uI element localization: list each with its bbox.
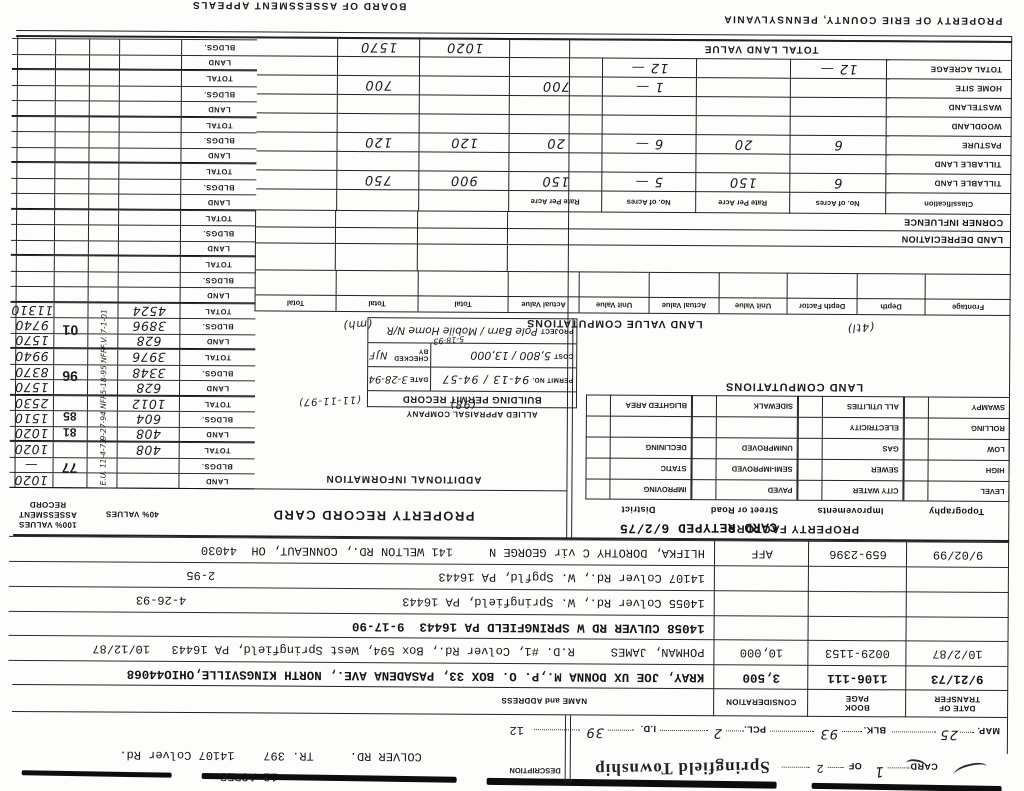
assessment-year-1977: 77 — [52, 458, 86, 478]
assessment-row: BLDGS. — [11, 178, 256, 195]
total-value-1: 900 — [418, 170, 508, 190]
rule — [256, 242, 1011, 248]
assessment-40pct-value: 408 — [117, 428, 179, 442]
classification-name: PASTURE — [885, 135, 1011, 155]
factor-checkbox — [904, 417, 928, 438]
corner-influence-label: CORNER INFLUENCE — [904, 217, 1003, 228]
transfer-book-header-line1: BOOK — [844, 703, 869, 712]
factor-checkbox — [797, 459, 821, 480]
assessment-notes-cell — [88, 288, 118, 302]
total-value-3 — [256, 169, 336, 188]
rule — [417, 211, 418, 270]
acreage-note: 12 ACRES — [220, 769, 278, 783]
assessment-40pct-value — [119, 71, 181, 86]
transfer-name-address: KRAY, JOE UX DONNA M.,P. O. BOX 33, PASA… — [8, 666, 714, 684]
acres-col-header: No. of Acres — [789, 192, 885, 215]
assessment-year-cell — [53, 303, 87, 318]
assessment-100pct-value — [11, 256, 54, 271]
values-40-header: 40% VALUES — [86, 502, 178, 527]
dotted-leader — [770, 731, 814, 741]
factor-label — [610, 416, 692, 438]
checked-by-label: CHECKED BY — [389, 348, 428, 362]
pcl-label: PCL. — [744, 724, 766, 734]
assessment-notes-cell — [88, 148, 118, 162]
assessment-row: TOTAL — [11, 162, 256, 179]
total-value-3 — [257, 55, 337, 74]
assessment-year-1985: 85 — [53, 409, 87, 423]
assessment-year-cell — [54, 257, 88, 272]
assessment-row: LAND — [12, 100, 257, 117]
building-permit-box: BUILDING PERMIT RECORD PERMIT NO. 94-13 … — [367, 317, 578, 408]
assessment-notes-cell — [89, 71, 119, 86]
permit-note-date: (11-11-97) — [298, 393, 362, 407]
assessment-100pct-value: 2530 — [10, 396, 53, 411]
assessment-notes-cell — [88, 179, 118, 194]
assessment-row-label: BLDGS. — [180, 180, 256, 195]
factor-item — [690, 416, 798, 438]
transfer-name-address: HLIFKA, DOROTHY C vir GEORGE N 141 WELTO… — [9, 542, 715, 560]
factor-label: LEVEL — [927, 481, 1009, 503]
assessment-100pct-value — [12, 70, 55, 85]
footer-board: BOARD OF ASSESSMENT APPEALS — [192, 0, 407, 11]
assessment-year-cell — [55, 40, 89, 55]
assessment-notes-cell — [89, 40, 119, 55]
factor-item: ALL UTILITIES — [796, 396, 904, 418]
rule — [256, 226, 1011, 232]
factor-label — [716, 416, 798, 438]
scanned-card-viewport: CARD 1 OF 2 Springfield Township DESCRIP… — [0, 0, 1024, 791]
acres-value-1 — [790, 97, 886, 117]
assessment-100pct-value: 8370 — [10, 365, 53, 380]
classification-name: HOME SITE — [886, 78, 1012, 98]
permit-date-value: 3-28-94 — [369, 373, 408, 384]
assessment-40pct-value: 628 — [117, 381, 179, 395]
rate-value-1 — [696, 115, 790, 135]
classification-name: TILLABLE LAND — [885, 173, 1011, 193]
factor-label: SEWER — [821, 459, 903, 481]
dotted-leader — [726, 730, 744, 740]
assessment-40pct-value: 1012 — [117, 397, 179, 412]
rule — [335, 211, 336, 270]
factor-item — [584, 415, 692, 437]
factor-label: UNIMPROVED — [716, 437, 798, 459]
assessment-40pct-value — [118, 211, 180, 226]
assessment-row-label: TOTAL — [180, 257, 256, 272]
factor-label: SIDEWALK — [716, 395, 798, 417]
assessment-notes-cell — [89, 55, 119, 69]
assessment-100pct-value: 1020 — [9, 473, 52, 487]
assessment-40pct-value — [119, 133, 181, 148]
acres-value-1: 6 — [789, 135, 885, 155]
assessment-100pct-value — [11, 194, 54, 208]
factor-label: CITY WATER — [821, 480, 903, 502]
classification-header-row: Classification No. of Acres Rate Per Acr… — [256, 188, 1011, 215]
factor-item: GAS — [796, 438, 904, 460]
assessment-notes-cell — [89, 117, 119, 132]
dotted-leader — [534, 729, 580, 739]
transfer-consideration — [715, 603, 809, 604]
assessment-note-4: F.V. 7-1-01 — [99, 304, 108, 348]
total-value-1 — [419, 75, 509, 95]
map-label: MAP. — [977, 726, 1000, 736]
factor-checkbox — [903, 480, 927, 501]
permit-date-label: DATE — [410, 375, 428, 382]
assessment-row-label: BLDGS. — [180, 226, 256, 241]
assessment-row: BLDGS. — [12, 85, 257, 102]
assessment-40pct-value — [118, 288, 180, 302]
assessment-row-label: LAND — [181, 56, 257, 70]
total-value-2: 750 — [336, 170, 418, 190]
assessment-year-cell — [53, 350, 87, 365]
dotted-leader — [660, 730, 708, 740]
values-100-line1: 100% VALUES — [19, 519, 77, 529]
lvc-depth-header: Depth — [857, 298, 925, 314]
assessment-row-label: BLDGS. — [179, 366, 255, 381]
assessment-row-label: BLDGS. — [179, 319, 255, 334]
assessment-100pct-value: 9940 — [10, 349, 53, 364]
factors-topography-group: LEVELHIGHLOWROLLINGSWAMPY — [901, 396, 1010, 502]
factors-improvements-header: Improvements — [797, 503, 903, 520]
total-value-2 — [336, 151, 418, 171]
assessment-notes-cell — [88, 272, 118, 287]
map-value: 25 — [939, 727, 958, 742]
transfer-name-address: POHMAN, JAMES R.D. #1, Colver Rd., Box 5… — [8, 641, 714, 659]
assessment-40pct-value — [118, 226, 180, 241]
factor-item: IMPROVING — [583, 478, 691, 500]
assessment-row-label: TOTAL — [179, 443, 255, 458]
factor-checkbox — [692, 395, 716, 416]
factor-item: LEVEL — [901, 480, 1009, 502]
transfer-name-address: 14107 Colver Rd., W. Spgfld, PA 16443 2-… — [9, 567, 715, 585]
factor-label: IMPROVING — [609, 479, 691, 501]
assessment-40pct-value — [119, 40, 181, 55]
rate-value-2: 700 — [509, 76, 602, 96]
assessment-note-1: E.U. 11-4-73 — [98, 441, 107, 485]
factor-checkbox — [692, 437, 716, 458]
assessment-year-cell — [54, 288, 88, 302]
factor-item: UNIMPROVED — [690, 437, 798, 459]
factor-checkbox — [691, 458, 715, 479]
assessment-notes-cell — [88, 226, 118, 241]
assessment-100pct-value: 11310 — [10, 303, 53, 318]
assessment-year-cell — [55, 133, 89, 148]
township-stamp: Springfield Township — [594, 757, 770, 780]
assessment-row: LAND — [11, 193, 256, 210]
assessment-100pct-value: — — [10, 458, 53, 473]
transfer-consideration-header: CONSIDERATION — [714, 691, 808, 714]
factor-item: PAVED — [689, 479, 797, 501]
assessment-row-label: BLDGS. — [179, 412, 255, 427]
classification-name: TILLABLE LAND — [885, 154, 1011, 174]
property-record-card-title: PROPERTY RECORD CARD — [193, 503, 553, 529]
lvc-total-header: Total — [336, 295, 418, 312]
assessment-year-1996: 96 — [53, 366, 87, 386]
id-label: I.D. — [640, 724, 656, 734]
factor-checkbox — [797, 480, 821, 501]
assessment-row: TOTAL 4524 11310 — [10, 302, 255, 319]
assessment-row-label: TOTAL — [181, 71, 257, 86]
lvc-empty-row — [256, 269, 1011, 299]
assessment-notes-cell — [89, 102, 119, 116]
assessment-40pct-value — [119, 102, 181, 116]
factor-checkbox — [798, 396, 822, 417]
factor-label: STATIC — [609, 458, 691, 480]
assessment-40pct-value — [118, 149, 180, 163]
assessment-year-cell — [54, 210, 88, 225]
classification-name: WOODLAND — [886, 116, 1012, 136]
factor-item: LOW — [902, 438, 1010, 460]
acres-value-1: 12 — — [790, 59, 886, 79]
factor-item: SEWER — [795, 459, 903, 481]
assessment-row: BLDGS. — [12, 38, 257, 55]
total-land-value-1: 1020 — [419, 37, 509, 57]
factor-checkbox — [798, 438, 822, 459]
factor-item: CITY WATER — [795, 480, 903, 502]
scan-streak — [22, 770, 172, 777]
assessment-40pct-value — [119, 87, 181, 102]
assessment-40pct-value: 628 — [117, 335, 179, 349]
factor-label: ALL UTILITIES — [822, 396, 904, 418]
assessment-40pct-value: 3896 — [117, 319, 179, 334]
dotted-leader — [828, 767, 844, 777]
rate-value-2 — [509, 114, 602, 134]
assessment-40pct-value — [118, 195, 180, 209]
rate-value-2 — [509, 95, 602, 115]
factor-item: BLIGHTED AREA — [584, 394, 692, 416]
factor-item: HIGH — [901, 459, 1009, 481]
classification-table-body: TILLABLE LAND 6 150 5 — 150 900 750 TILL… — [256, 55, 1012, 193]
transfer-name-address: 14058 CULVER RD W SPRINGFIELD PA 16443 9… — [9, 616, 715, 634]
rate-value-1 — [696, 96, 790, 116]
card-of-label: OF — [848, 761, 861, 771]
assessment-row: LAND 628 1570 — [10, 333, 255, 350]
total-land-value-2: 1570 — [337, 37, 419, 57]
additional-information-title: ADDITIONAL INFORMATION — [253, 471, 553, 487]
card-total-value: 2 — [816, 761, 823, 775]
assessment-row-label: TOTAL — [179, 397, 255, 412]
assessment-100pct-value: 1570 — [10, 380, 53, 394]
acres-value-2 — [602, 115, 696, 135]
assessment-100pct-value — [11, 225, 54, 240]
factors-topography-header: Topography — [903, 503, 1009, 520]
description-label: DESCRIPTION — [509, 766, 561, 775]
transfer-date: 9/21/73 — [906, 672, 1008, 687]
transfer-date — [907, 629, 1009, 630]
assessment-notes-cell — [89, 133, 119, 148]
assessment-row: BLDGS. 3896 9740 — [10, 317, 255, 334]
card-retyped-stamp-text: CARD RETYPED 6/2/75 — [619, 520, 777, 536]
permit-no-value: 94-13 / 94-57 — [441, 373, 529, 387]
factor-item: STATIC — [583, 457, 691, 479]
assessment-row-label: TOTAL — [180, 164, 256, 179]
transfer-date — [907, 604, 1009, 605]
factor-checkbox — [691, 479, 715, 500]
assessment-row-label: TOTAL — [180, 211, 256, 226]
factor-checkbox — [585, 478, 609, 499]
divider — [570, 715, 571, 783]
assessment-year-2001: 01 — [53, 320, 87, 340]
total-value-3 — [257, 93, 337, 112]
id-value: 39 — [585, 724, 604, 739]
assessment-40pct-value — [118, 242, 180, 256]
assessment-row: BLDGS. 604 1510 — [10, 410, 255, 427]
values-100-line2: ASSESSMENT RECORD — [9, 499, 86, 519]
transfer-book-page — [809, 628, 907, 629]
assessment-row: BLDGS. 3348 8370 — [10, 364, 255, 381]
assessment-40pct-value — [116, 474, 178, 488]
factor-label: HIGH — [927, 460, 1009, 482]
total-value-2 — [337, 56, 419, 76]
assessment-100pct-value — [12, 132, 55, 147]
factor-checkbox — [585, 457, 609, 478]
transfer-book-header: BOOK PAGE — [808, 692, 906, 715]
assessment-row-label: LAND — [180, 288, 256, 302]
total-value-1 — [419, 56, 509, 76]
assessment-row: LAND — [11, 240, 256, 257]
assessment-row: BLDGS. — [11, 271, 256, 288]
assessment-notes-cell — [89, 86, 119, 101]
lvc-actual-value-header: Actual Value — [649, 297, 719, 313]
transfer-book-header-line2: PAGE — [845, 694, 868, 703]
lvc-total-header: Total — [418, 295, 508, 312]
assessment-row-label: LAND — [180, 195, 256, 209]
assessment-100pct-value — [11, 287, 54, 301]
assessment-year-cell — [54, 164, 88, 179]
total-value-2: 120 — [336, 132, 418, 152]
factor-checkbox — [586, 394, 610, 415]
total-value-3 — [257, 74, 337, 93]
rate-value-1 — [696, 77, 790, 97]
assessment-year-cell — [55, 71, 89, 86]
assessment-note-3: 5-18-95 NFR — [99, 350, 108, 394]
factors-district-header: District — [585, 501, 691, 518]
lvc-note-a: (4tl) — [846, 320, 875, 335]
acres-value-2: 12 — — [602, 58, 696, 78]
factors-district-group: IMPROVINGSTATICDECLININGBLIGHTED AREA — [583, 394, 692, 500]
assessment-year-cell — [54, 195, 88, 209]
assessment-row: TOTAL 1012 2530 — [10, 395, 255, 412]
lvc-unit-value-header: Unit Value — [579, 296, 649, 312]
assessment-year-cell — [54, 179, 88, 194]
classification-col-header: Classification — [885, 192, 1011, 215]
assessment-40pct-value: 3348 — [117, 366, 179, 381]
factor-label: BLIGHTED AREA — [610, 395, 692, 417]
divider — [565, 715, 566, 783]
assessment-40pct-value — [118, 180, 180, 195]
pen-mark — [953, 760, 989, 782]
pcl-value: 2 — [713, 725, 722, 740]
assessment-row: BLDGS. — [11, 224, 256, 241]
factor-item: ROLLING — [902, 417, 1010, 439]
factors-street-header: Street or Road — [691, 502, 797, 519]
assessment-row-label: LAND — [181, 102, 257, 116]
acres-value: 12 — [510, 723, 524, 737]
dotted-leader — [888, 767, 910, 777]
total-value-2 — [337, 94, 419, 114]
total-value-3 — [257, 112, 337, 131]
transfer-date: 9/02/99 — [907, 548, 1009, 563]
lvc-unit-value-header: Unit Value — [719, 297, 787, 313]
factor-item: ELECTRICITY — [796, 417, 904, 439]
assessment-100pct-value: 1570 — [10, 334, 53, 348]
transfer-consideration — [715, 628, 809, 629]
total-value-1 — [419, 94, 509, 114]
assessment-year-cell — [55, 117, 89, 132]
assessment-row-label: TOTAL — [179, 350, 255, 365]
assessment-row: LAND — [11, 147, 256, 164]
assessment-row-label: LAND — [180, 149, 256, 163]
rate-value-2 — [508, 152, 601, 172]
transfer-name-header: NAME and ADDRESS — [374, 689, 714, 713]
permit-cost-label: COST — [554, 352, 573, 359]
assessment-100pct-value — [11, 272, 54, 287]
transfer-book-page — [809, 604, 907, 605]
factor-item: DECLINING — [584, 436, 692, 458]
factor-checkbox — [586, 415, 610, 436]
assessment-row-label: BLDGS. — [181, 40, 257, 55]
assessment-row: LAND 628 1570 — [10, 379, 255, 396]
assessment-row-label: TOTAL — [181, 118, 257, 133]
assessment-40pct-value — [118, 273, 180, 288]
assessment-100pct-value — [11, 148, 54, 162]
assessment-notes-cell — [88, 210, 118, 225]
assessment-row-label: LAND — [178, 474, 254, 488]
assessment-row: TOTAL — [12, 116, 257, 133]
acres-value-1 — [789, 154, 885, 174]
rate-col-header: Rate Per Acre — [695, 191, 789, 214]
transfer-book-page — [809, 579, 907, 580]
factor-label: ELECTRICITY — [822, 417, 904, 439]
rate-value-1: 20 — [695, 134, 789, 154]
dotted-leader — [782, 767, 810, 777]
acres-value-1 — [790, 78, 886, 98]
assessment-100pct-value — [11, 179, 54, 194]
lvc-actual-value-header: Actual Value — [508, 296, 579, 312]
assessment-notes-cell — [88, 257, 118, 272]
assessment-40pct-value: 604 — [117, 412, 179, 427]
assessment-100pct-value — [12, 101, 55, 115]
factor-label: GAS — [822, 438, 904, 460]
dotted-leader — [608, 730, 634, 740]
lvc-depth-factor-header: Depth Factor — [787, 298, 857, 314]
rate-value-1 — [695, 153, 789, 173]
dotted-leader — [892, 731, 936, 741]
checked-by-value: NJF — [368, 349, 387, 360]
transfer-book-page: 659-2396 — [809, 547, 907, 562]
assessment-100pct-value — [12, 39, 55, 54]
assessment-year-cell — [54, 148, 88, 162]
assessment-row: LAND — [12, 54, 257, 71]
acres-col-header: No. of Acres — [601, 191, 695, 214]
assessment-40pct-value — [119, 56, 181, 70]
assessment-100pct-value — [11, 241, 54, 255]
assessment-100pct-value — [12, 117, 55, 132]
assessment-year-cell — [54, 226, 88, 241]
rate-value-1: 150 — [695, 172, 789, 192]
factor-label: SWAMPY — [928, 397, 1010, 419]
assessment-40pct-value: 3976 — [117, 350, 179, 365]
description-value: COLVER RD. TR. 397 14107 Colver Rd. — [119, 748, 422, 764]
dotted-leader — [842, 731, 862, 741]
factor-checkbox — [904, 438, 928, 459]
rate-value-2: 150 — [508, 171, 601, 191]
assessment-notes-cell — [88, 164, 118, 179]
assessment-100pct-value: 1020 — [10, 427, 53, 441]
assessment-row-label: LAND — [179, 335, 255, 349]
assessment-row: TOTAL 3976 9940 — [10, 348, 255, 365]
assessment-row: TOTAL — [11, 209, 256, 226]
total-value-1 — [418, 151, 508, 171]
